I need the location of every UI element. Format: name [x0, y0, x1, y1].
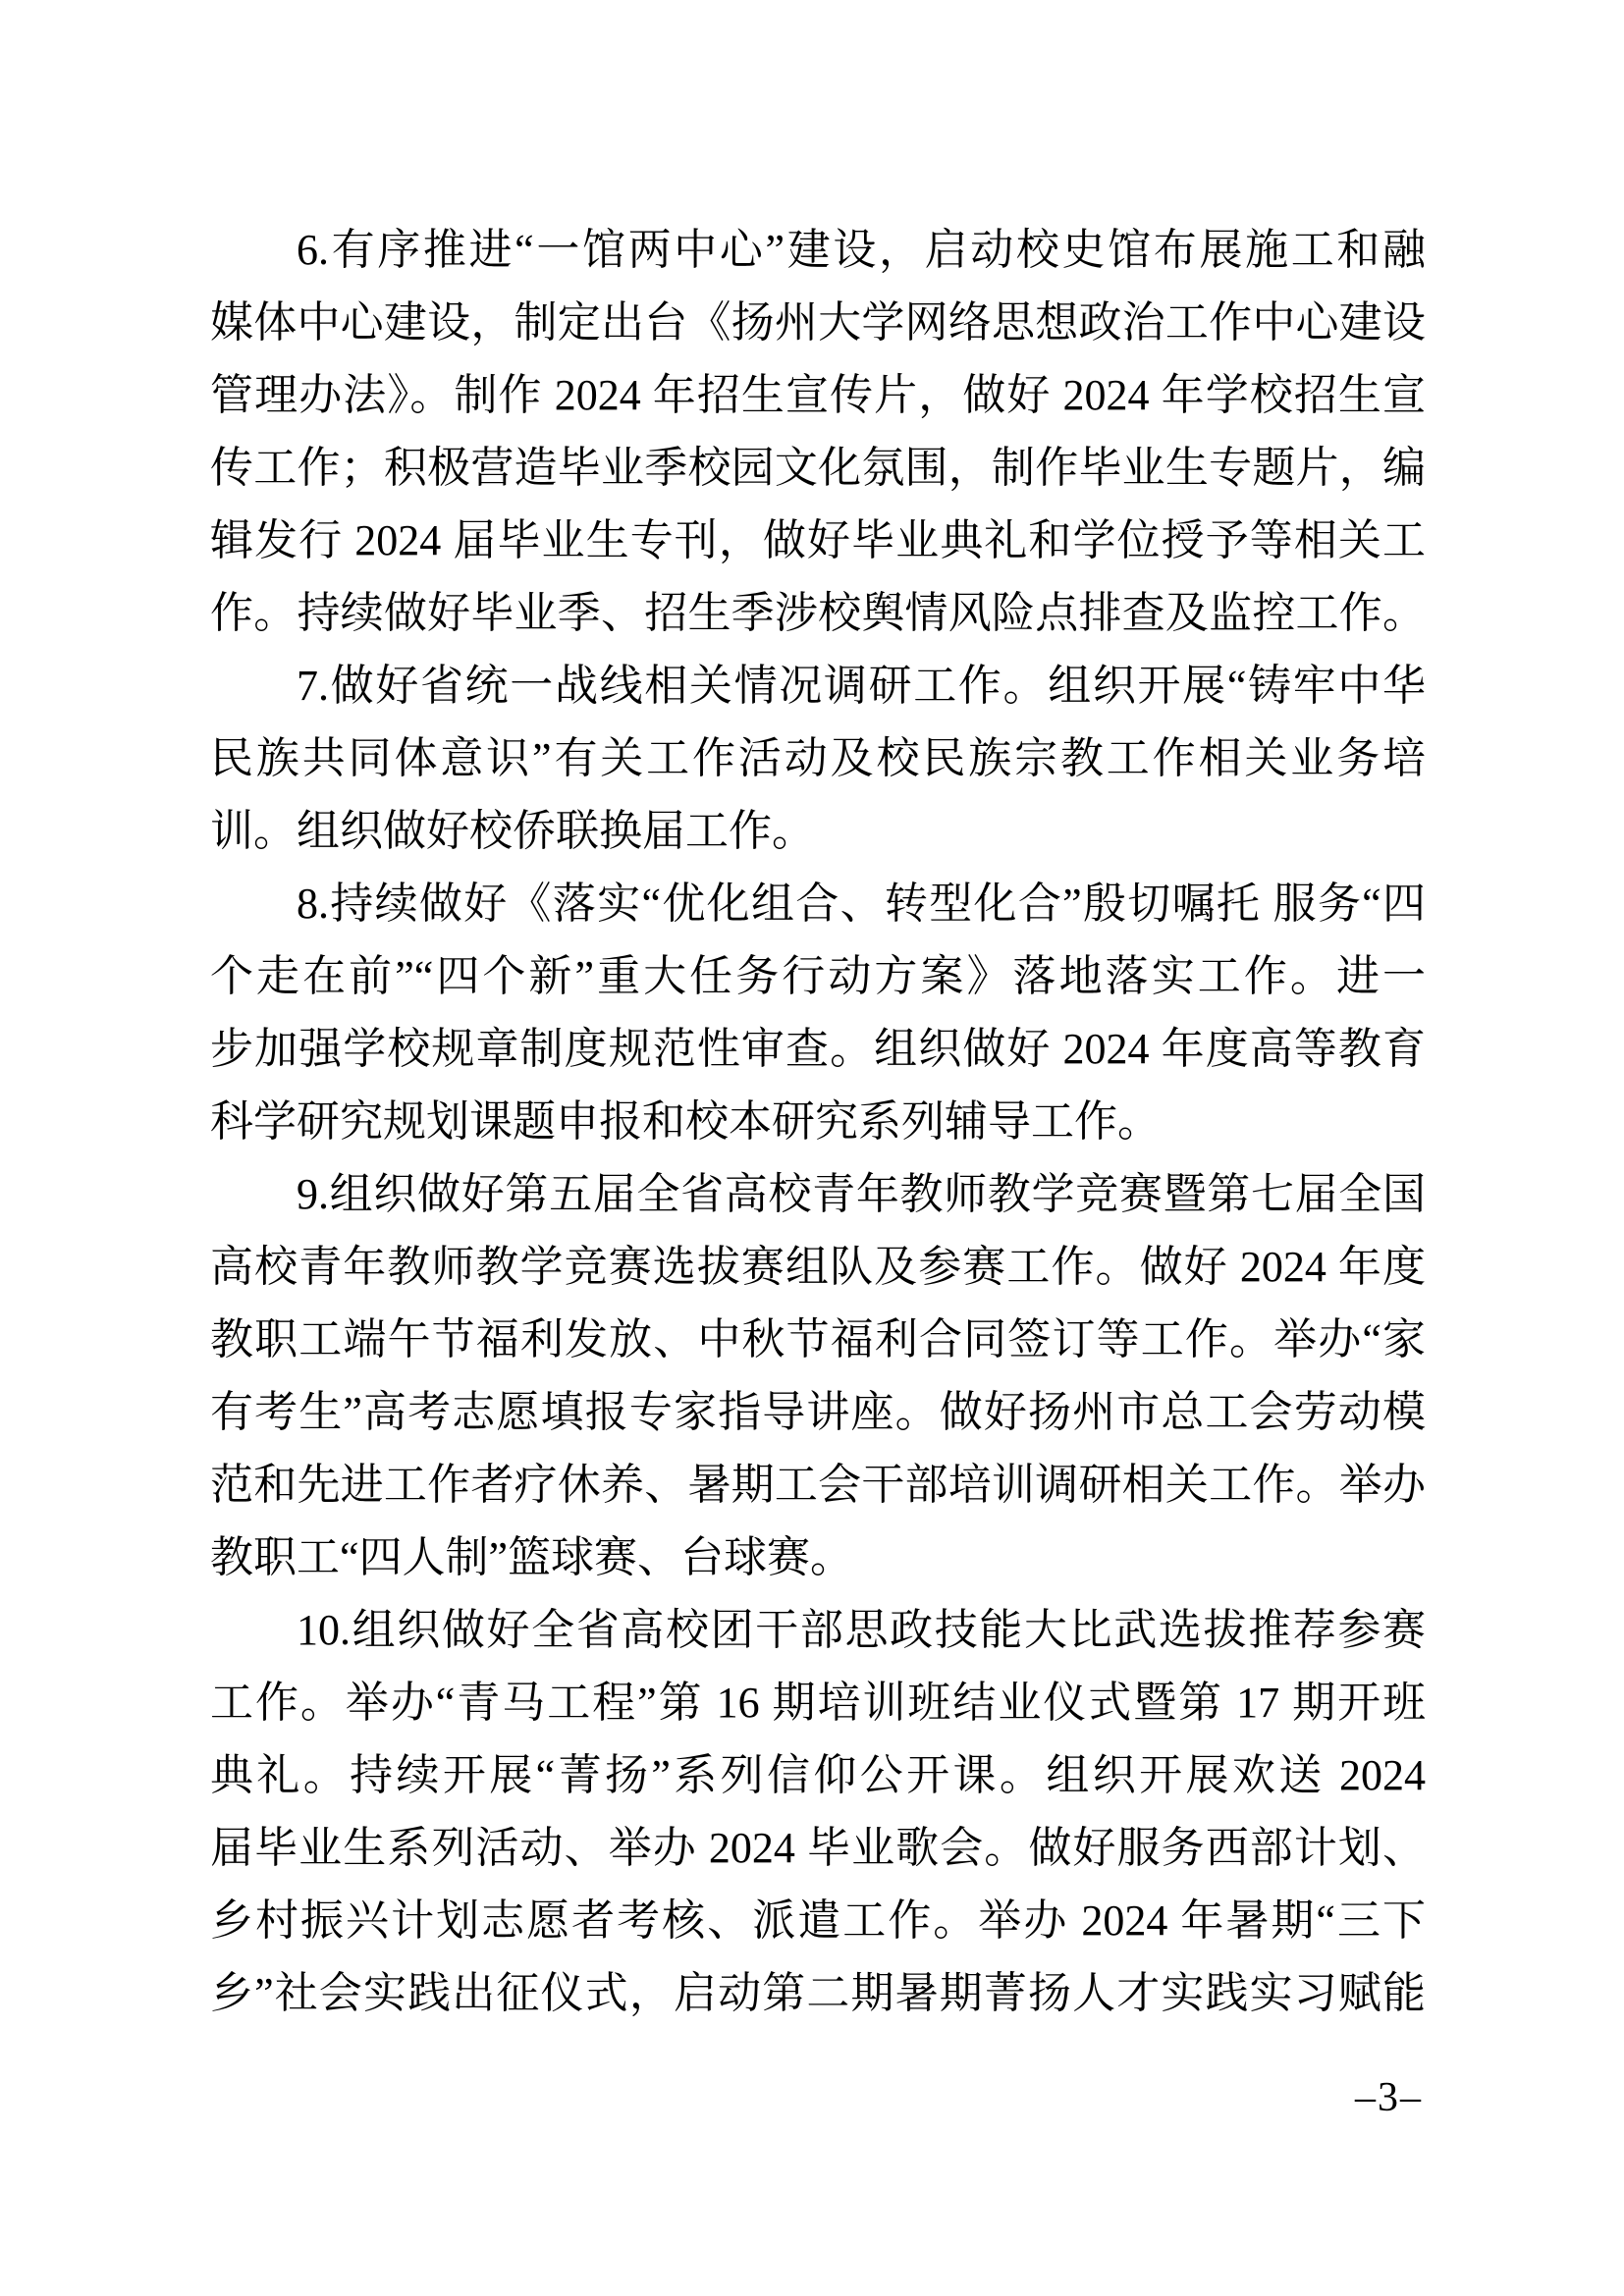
text-line: 典礼。持续开展“菁扬”系列信仰公开课。组织开展欢送 2024	[210, 1739, 1426, 1812]
text-line: 工作。举办“青马工程”第 16 期培训班结业仪式暨第 17 期开班	[210, 1667, 1426, 1739]
text-line: 个走在前”“四个新”重大任务行动方案》落地落实工作。进一	[210, 940, 1426, 1013]
paragraph-item-10: 10.组织做好全省高校团干部思政技能大比武选拔推荐参赛 工作。举办“青马工程”第…	[210, 1594, 1426, 2030]
text-line: 9.组织做好第五届全省高校青年教师教学竞赛暨第七届全国	[210, 1158, 1426, 1231]
text-line: 媒体中心建设，制定出台《扬州大学网络思想政治工作中心建设	[210, 287, 1426, 359]
paragraph-item-7: 7.做好省统一战线相关情况调研工作。组织开展“铸牢中华 民族共同体意识”有关工作…	[210, 650, 1426, 868]
text-line: 管理办法》。制作 2024 年招生宣传片，做好 2024 年学校招生宣	[210, 359, 1426, 432]
text-line: 民族共同体意识”有关工作活动及校民族宗教工作相关业务培	[210, 722, 1426, 795]
page-number: –3–	[1355, 2073, 1423, 2122]
text-line: 作。持续做好毕业季、招生季涉校舆情风险点排查及监控工作。	[210, 577, 1426, 650]
text-line: 教职工端午节福利发放、中秋节福利合同签订等工作。举办“家	[210, 1304, 1426, 1376]
document-page: 6.有序推进“一馆两中心”建设，启动校史馆布展施工和融 媒体中心建设，制定出台《…	[0, 0, 1624, 2296]
text-line: 10.组织做好全省高校团干部思政技能大比武选拔推荐参赛	[210, 1594, 1426, 1667]
text-line: 范和先进工作者疗休养、暑期工会干部培训调研相关工作。举办	[210, 1449, 1426, 1522]
text-line: 步加强学校规章制度规范性审查。组织做好 2024 年度高等教育	[210, 1013, 1426, 1086]
paragraph-item-8: 8.持续做好《落实“优化组合、转型化合”殷切嘱托 服务“四 个走在前”“四个新”…	[210, 868, 1426, 1158]
text-line: 乡村振兴计划志愿者考核、派遣工作。举办 2024 年暑期“三下	[210, 1885, 1426, 1957]
text-line: 有考生”高考志愿填报专家指导讲座。做好扬州市总工会劳动模	[210, 1376, 1426, 1449]
text-line: 乡”社会实践出征仪式，启动第二期暑期菁扬人才实践实习赋能	[210, 1957, 1426, 2030]
text-line: 辑发行 2024 届毕业生专刊，做好毕业典礼和学位授予等相关工	[210, 505, 1426, 577]
text-line: 教职工“四人制”篮球赛、台球赛。	[210, 1522, 1426, 1594]
text-line: 传工作；积极营造毕业季校园文化氛围，制作毕业生专题片，编	[210, 432, 1426, 505]
paragraph-item-9: 9.组织做好第五届全省高校青年教师教学竞赛暨第七届全国 高校青年教师教学竞赛选拔…	[210, 1158, 1426, 1594]
paragraph-item-6: 6.有序推进“一馆两中心”建设，启动校史馆布展施工和融 媒体中心建设，制定出台《…	[210, 214, 1426, 650]
text-line: 6.有序推进“一馆两中心”建设，启动校史馆布展施工和融	[210, 214, 1426, 287]
text-line: 届毕业生系列活动、举办 2024 毕业歌会。做好服务西部计划、	[210, 1812, 1426, 1885]
text-line: 高校青年教师教学竞赛选拔赛组队及参赛工作。做好 2024 年度	[210, 1231, 1426, 1304]
text-line: 训。组织做好校侨联换届工作。	[210, 795, 1426, 868]
document-body: 6.有序推进“一馆两中心”建设，启动校史馆布展施工和融 媒体中心建设，制定出台《…	[210, 214, 1426, 2030]
text-line: 8.持续做好《落实“优化组合、转型化合”殷切嘱托 服务“四	[210, 868, 1426, 940]
text-line: 7.做好省统一战线相关情况调研工作。组织开展“铸牢中华	[210, 650, 1426, 722]
text-line: 科学研究规划课题申报和校本研究系列辅导工作。	[210, 1086, 1426, 1158]
